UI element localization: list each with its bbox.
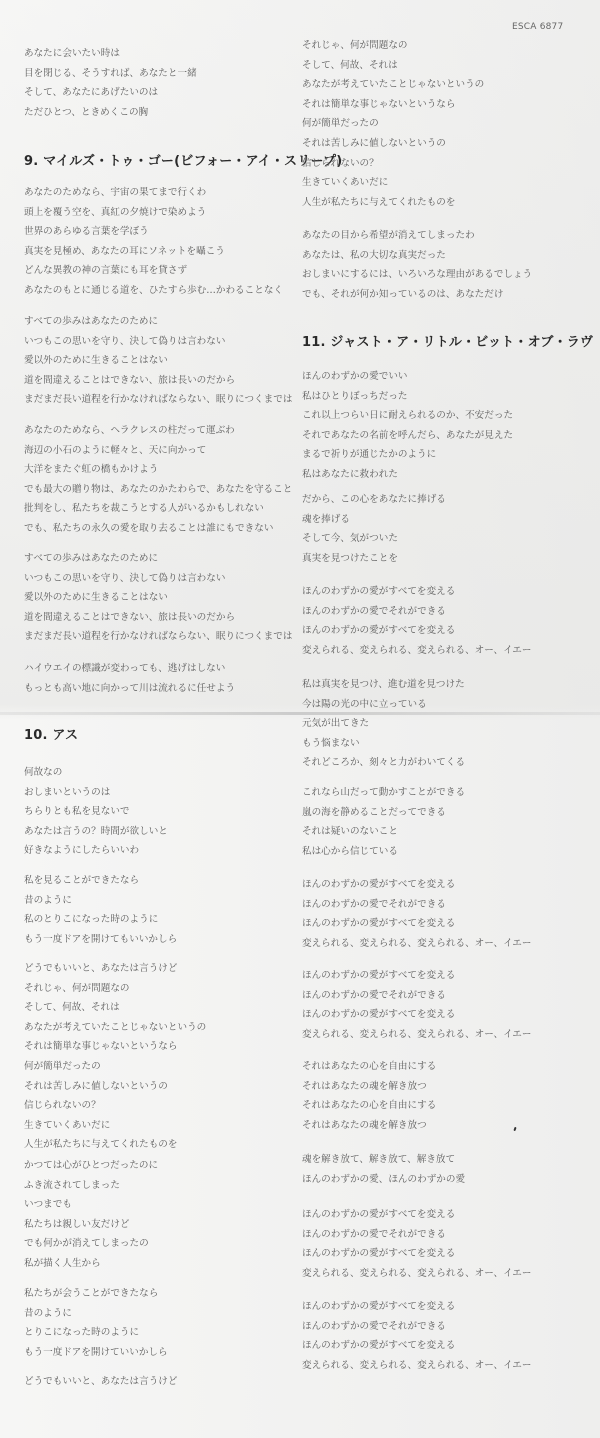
song10-stanza-3: どうでもいいと、あなたは言うけど それじゃ、何が問題なの そして、何故、それは … xyxy=(24,959,206,1155)
lyric-line: そして、何故、それは xyxy=(24,998,206,1018)
song10-stanza-5: 私たちが会うことができたなら 昔のように とりこになった時のように もう一度ドア… xyxy=(24,1284,168,1362)
song11-stanza-7: ほんのわずかの愛がすべてを変える ほんのわずかの愛でそれができる ほんのわずかの… xyxy=(302,966,531,1044)
song11-stanza-9: 魂を解き放て、解き放て、解き放て ほんのわずかの愛、ほんのわずかの愛 xyxy=(302,1150,465,1189)
lyric-line: ほんのわずかの愛でそれができる xyxy=(302,895,531,915)
lyric-line: どうでもいいと、あなたは言うけど xyxy=(24,959,206,979)
song10-stanza-6: どうでもいいと、あなたは言うけど xyxy=(24,1372,178,1392)
song11-stanza-8: それはあなたの心を自由にする それはあなたの魂を解き放つ それはあなたの心を自由… xyxy=(302,1057,436,1135)
lyric-line: 変えられる、変えられる、変えられる、オー、イエー xyxy=(302,1356,531,1376)
lyric-line: それは苦しみに値しないというの xyxy=(302,134,484,154)
lyric-line: 変えられる、変えられる、変えられる、オー、イエー xyxy=(302,641,531,661)
intro-stanza: あなたに会いたい時は 目を閉じる、そうすれば、あなたと一緒 そして、あなたにあげ… xyxy=(24,44,197,122)
lyric-line: 批判をし、私たちを裁こうとする人がいるかもしれない xyxy=(24,499,292,519)
lyric-line: 私たちは親しい友だけど xyxy=(24,1215,158,1235)
catalog-number: ESCA 6877 xyxy=(512,22,563,32)
lyric-line: ちらりとも私を見ないで xyxy=(24,802,168,822)
song11-stanza-11: ほんのわずかの愛がすべてを変える ほんのわずかの愛でそれができる ほんのわずかの… xyxy=(302,1297,531,1375)
song10-stanza-4: かつては心がひとつだったのに ふき流されてしまった いつまでも 私たちは親しい友… xyxy=(24,1156,158,1274)
lyric-line: 道を間違えることはできない、旅は長いのだから xyxy=(24,371,292,391)
lyric-line: いつもこの思いを守り、決して偽りは言わない xyxy=(24,569,292,589)
lyric-line: ハイウエイの標識が変わっても、逃げはしない xyxy=(24,659,235,679)
lyric-line: それは簡単な事じゃないというなら xyxy=(24,1037,206,1057)
lyric-line: 昔のように xyxy=(24,1304,168,1324)
song-title-9: 9. マイルズ・トゥ・ゴー(ビフォー・アイ・スリープ) xyxy=(24,150,342,169)
lyric-line: もう一度ドアを開けてもいいかしら xyxy=(24,930,177,950)
lyric-line: それはあなたの魂を解き放つ xyxy=(302,1116,436,1136)
lyric-line: ほんのわずかの愛がすべてを変える xyxy=(302,1336,531,1356)
song9-stanza-1: あなたのためなら、宇宙の果てまで行くわ 頭上を覆う空を、真紅の夕焼けで染めよう … xyxy=(24,183,283,301)
lyric-line: 大洋をまたぐ虹の橋もかけよう xyxy=(24,460,292,480)
lyric-line: 私は心から信じている xyxy=(302,842,465,862)
lyric-line: あなたが考えていたことじゃないというの xyxy=(24,1018,206,1038)
page-fold-line xyxy=(0,712,600,715)
song10-stanza-2: 私を見ることができたなら 昔のように 私のとりこになった時のように もう一度ドア… xyxy=(24,871,177,949)
lyric-line: それどころか、刻々と力がわいてくる xyxy=(302,753,465,773)
lyric-line: 愛以外のために生きることはない xyxy=(24,351,292,371)
lyric-line: 好きなようにしたらいいわ xyxy=(24,841,168,861)
lyric-line: それはあなたの心を自由にする xyxy=(302,1057,436,1077)
lyric-line: これ以上つらい日に耐えられるのか、不安だった xyxy=(302,406,513,426)
lyric-line: おしまいというのは xyxy=(24,783,168,803)
lyric-line: あなたのためなら、ヘラクレスの柱だって運ぶわ xyxy=(24,421,292,441)
lyric-line: 私は真実を見つけ、進む道を見つけた xyxy=(302,675,465,695)
lyric-line: それは疑いのないこと xyxy=(302,822,465,842)
lyric-line: ほんのわずかの愛がすべてを変える xyxy=(302,1297,531,1317)
song9-stanza-5: ハイウエイの標識が変わっても、逃げはしない もっとも高い地に向かって川は流れるに… xyxy=(24,659,235,698)
lyrics-booklet-page: ESCA 6877 あなたに会いたい時は 目を閉じる、そうすれば、あなたと一緒 … xyxy=(0,0,600,1438)
lyric-line: でも最大の贈り物は、あなたのかたわらで、あなたを守ること xyxy=(24,480,292,500)
lyric-line: そして、あなたにあげたいのは xyxy=(24,83,197,103)
lyric-line: とりこになった時のように xyxy=(24,1323,168,1343)
lyric-line: あなたの目から希望が消えてしまったわ xyxy=(302,226,532,246)
song11-stanza-2: だから、この心をあなたに捧げる 魂を捧げる そして今、気がついた 真実を見つけた… xyxy=(302,490,446,568)
lyric-line: 私はあなたに救われた xyxy=(302,465,513,485)
lyric-line: 何が簡単だったの xyxy=(24,1057,206,1077)
lyric-line: ほんのわずかの愛でいい xyxy=(302,367,513,387)
lyric-line: 嵐の海を静めることだってできる xyxy=(302,803,465,823)
scan-speck xyxy=(513,1127,516,1131)
lyric-line: すべての歩みはあなたのために xyxy=(24,312,292,332)
lyric-line: ほんのわずかの愛でそれができる xyxy=(302,602,531,622)
lyric-line: 私はひとりぼっちだった xyxy=(302,387,513,407)
lyric-line: 生きていくあいだに xyxy=(24,1116,206,1136)
lyric-line: 昔のように xyxy=(24,891,177,911)
lyric-line: あなたは、私の大切な真実だった xyxy=(302,246,532,266)
lyric-line: 海辺の小石のように軽々と、天に向かって xyxy=(24,441,292,461)
lyric-line: ほんのわずかの愛がすべてを変える xyxy=(302,621,531,641)
lyric-line: 道を間違えることはできない、旅は長いのだから xyxy=(24,608,292,628)
lyric-line: 信じられないの？ xyxy=(302,154,484,174)
lyric-line: あなたが考えていたことじゃないというの xyxy=(302,75,484,95)
lyric-line: ほんのわずかの愛がすべてを変える xyxy=(302,1244,531,1264)
lyric-line: 何が簡単だったの xyxy=(302,114,484,134)
lyric-line: もう悩まない xyxy=(302,734,465,754)
lyric-line: 目を閉じる、そうすれば、あなたと一緒 xyxy=(24,64,197,84)
lyric-line: でも、それが何か知っているのは、あなただけ xyxy=(302,285,532,305)
lyric-line: あなたのためなら、宇宙の果てまで行くわ xyxy=(24,183,283,203)
lyric-line: 私たちが会うことができたなら xyxy=(24,1284,168,1304)
lyric-line: 変えられる、変えられる、変えられる、オー、イエー xyxy=(302,1264,531,1284)
lyric-line: 信じられないの？ xyxy=(24,1096,206,1116)
lyric-line: だから、この心をあなたに捧げる xyxy=(302,490,446,510)
lyric-line: すべての歩みはあなたのために xyxy=(24,549,292,569)
lyric-line: 生きていくあいだに xyxy=(302,173,484,193)
lyric-line: ほんのわずかの愛でそれができる xyxy=(302,1225,531,1245)
lyric-line: どんな異教の神の言葉にも耳を貸さず xyxy=(24,261,283,281)
song-title-11: 11. ジャスト・ア・リトル・ビット・オブ・ラヴ xyxy=(302,331,593,350)
lyric-line: ほんのわずかの愛がすべてを変える xyxy=(302,914,531,934)
lyric-line: ほんのわずかの愛でそれができる xyxy=(302,1317,531,1337)
lyric-line: ほんのわずかの愛、ほんのわずかの愛 xyxy=(302,1170,465,1190)
lyric-line: それは簡単な事じゃないというなら xyxy=(302,95,484,115)
lyric-line: 変えられる、変えられる、変えられる、オー、イエー xyxy=(302,1025,531,1045)
lyric-line: それは苦しみに値しないというの xyxy=(24,1077,206,1097)
lyric-line: 人生が私たちに与えてくれたものを xyxy=(302,193,484,213)
lyric-line: あなたに会いたい時は xyxy=(24,44,197,64)
lyric-line: それであなたの名前を呼んだら、あなたが見えた xyxy=(302,426,513,446)
lyric-line: あなたは言うの？時間が欲しいと xyxy=(24,822,168,842)
lyric-line: それじゃ、何が問題なの xyxy=(302,36,484,56)
lyric-line: 真実を見つけたことを xyxy=(302,549,446,569)
lyric-line: 頭上を覆う空を、真紅の夕焼けで染めよう xyxy=(24,203,283,223)
lyric-line: まだまだ長い道程を行かなければならない、眠りにつくまでは xyxy=(24,390,292,410)
lyric-line: でも、私たちの永久の愛を取り去ることは誰にもできない xyxy=(24,519,292,539)
song11-stanza-3: ほんのわずかの愛がすべてを変える ほんのわずかの愛でそれができる ほんのわずかの… xyxy=(302,582,531,660)
song11-stanza-5: これなら山だって動かすことができる 嵐の海を静めることだってできる それは疑いの… xyxy=(302,783,465,861)
song10-stanza-1: 何故なの おしまいというのは ちらりとも私を見ないで あなたは言うの？時間が欲し… xyxy=(24,763,168,861)
lyric-line: 私が描く人生から xyxy=(24,1254,158,1274)
lyric-line: まるで祈りが通じたかのように xyxy=(302,445,513,465)
lyric-line: ほんのわずかの愛がすべてを変える xyxy=(302,1205,531,1225)
lyric-line: ほんのわずかの愛でそれができる xyxy=(302,986,531,1006)
song11-stanza-6: ほんのわずかの愛がすべてを変える ほんのわずかの愛でそれができる ほんのわずかの… xyxy=(302,875,531,953)
lyric-line: ほんのわずかの愛がすべてを変える xyxy=(302,875,531,895)
lyric-line: まだまだ長い道程を行かなければならない、眠りにつくまでは xyxy=(24,627,292,647)
lyric-line: いつまでも xyxy=(24,1195,158,1215)
lyric-line: これなら山だって動かすことができる xyxy=(302,783,465,803)
lyric-line: 変えられる、変えられる、変えられる、オー、イエー xyxy=(302,934,531,954)
song10-continued-stanza-2: あなたの目から希望が消えてしまったわ あなたは、私の大切な真実だった おしまいに… xyxy=(302,226,532,304)
lyric-line: でも何かが消えてしまったの xyxy=(24,1234,158,1254)
lyric-line: もう一度ドアを開けていいかしら xyxy=(24,1343,168,1363)
lyric-line: どうでもいいと、あなたは言うけど xyxy=(24,1372,178,1392)
lyric-line: おしまいにするには、いろいろな理由があるでしょう xyxy=(302,265,532,285)
lyric-line: そして、何故、それは xyxy=(302,56,484,76)
lyric-line: ふき流されてしまった xyxy=(24,1176,158,1196)
lyric-line: ほんのわずかの愛がすべてを変える xyxy=(302,966,531,986)
lyric-line: あなたのもとに通じる道を、ひたすら歩む…かわることなく xyxy=(24,281,283,301)
song9-stanza-3: あなたのためなら、ヘラクレスの柱だって運ぶわ 海辺の小石のように軽々と、天に向か… xyxy=(24,421,292,539)
lyric-line: 今は陽の光の中に立っている xyxy=(302,695,465,715)
lyric-line: ほんのわずかの愛がすべてを変える xyxy=(302,1005,531,1025)
lyric-line: もっとも高い地に向かって川は流れるに任せよう xyxy=(24,679,235,699)
lyric-line: 魂を解き放て、解き放て、解き放て xyxy=(302,1150,465,1170)
lyric-line: いつもこの思いを守り、決して偽りは言わない xyxy=(24,332,292,352)
lyric-line: それじゃ、何が問題なの xyxy=(24,979,206,999)
lyric-line: 世界のあらゆる言葉を学ぼう xyxy=(24,222,283,242)
lyric-line: それはあなたの心を自由にする xyxy=(302,1096,436,1116)
lyric-line: 真実を見極め、あなたの耳にソネットを囁こう xyxy=(24,242,283,262)
lyric-line: 元気が出てきた xyxy=(302,714,465,734)
lyric-line: そして今、気がついた xyxy=(302,529,446,549)
lyric-line: ほんのわずかの愛がすべてを変える xyxy=(302,582,531,602)
lyric-line: 愛以外のために生きることはない xyxy=(24,588,292,608)
lyric-line: 私のとりこになった時のように xyxy=(24,910,177,930)
lyric-line: ただひとつ、ときめくこの胸 xyxy=(24,103,197,123)
lyric-line: 人生が私たちに与えてくれたものを xyxy=(24,1135,206,1155)
song11-stanza-1: ほんのわずかの愛でいい 私はひとりぼっちだった これ以上つらい日に耐えられるのか… xyxy=(302,367,513,485)
lyric-line: 何故なの xyxy=(24,763,168,783)
song10-continued-stanza-1: それじゃ、何が問題なの そして、何故、それは あなたが考えていたことじゃないとい… xyxy=(302,36,484,212)
lyric-line: 魂を捧げる xyxy=(302,510,446,530)
lyric-line: それはあなたの魂を解き放つ xyxy=(302,1077,436,1097)
song9-stanza-4: すべての歩みはあなたのために いつもこの思いを守り、決して偽りは言わない 愛以外… xyxy=(24,549,292,647)
lyric-line: 私を見ることができたなら xyxy=(24,871,177,891)
lyric-line: かつては心がひとつだったのに xyxy=(24,1156,158,1176)
song9-stanza-2: すべての歩みはあなたのために いつもこの思いを守り、決して偽りは言わない 愛以外… xyxy=(24,312,292,410)
song-title-10: 10. アス xyxy=(24,724,78,743)
song11-stanza-10: ほんのわずかの愛がすべてを変える ほんのわずかの愛でそれができる ほんのわずかの… xyxy=(302,1205,531,1283)
song11-stanza-4: 私は真実を見つけ、進む道を見つけた 今は陽の光の中に立っている 元気が出てきた … xyxy=(302,675,465,773)
